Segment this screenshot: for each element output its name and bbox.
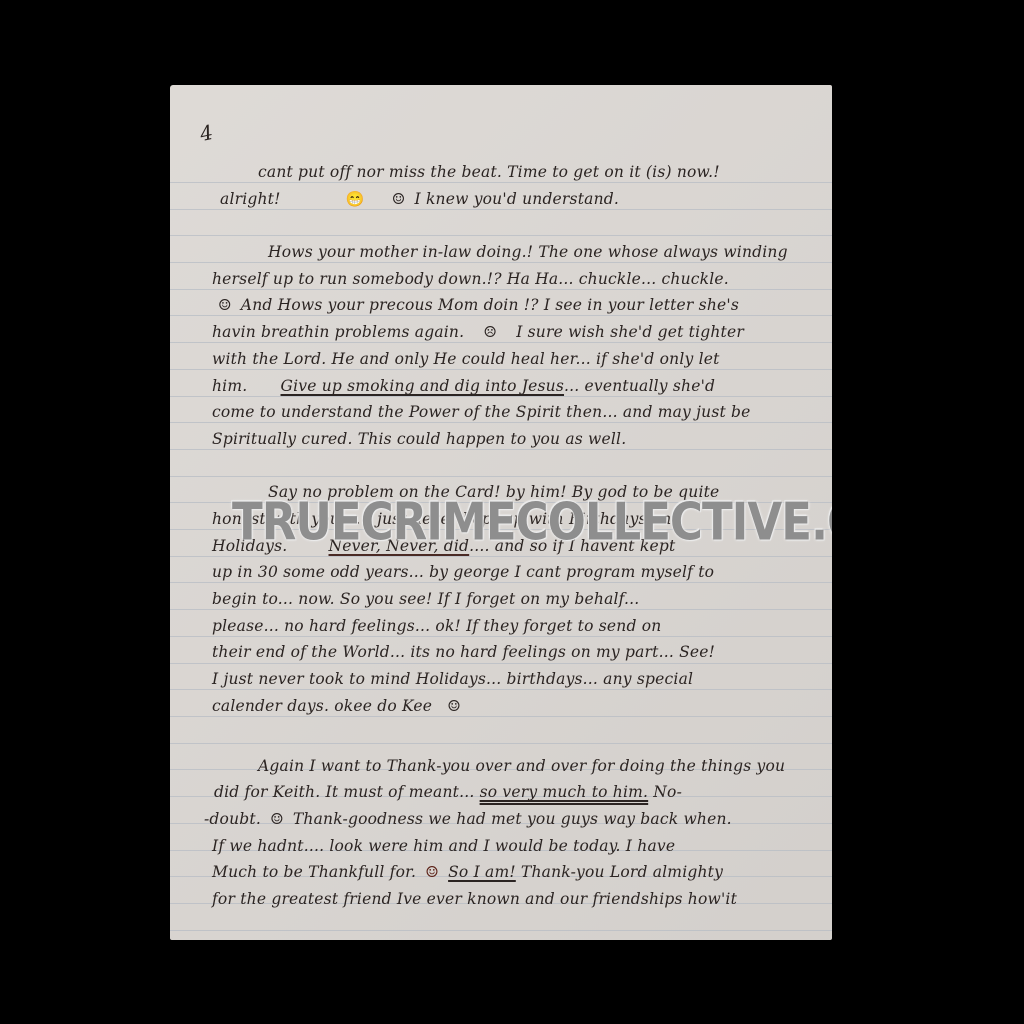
ruled-line: [170, 289, 832, 290]
ruled-line: [170, 396, 832, 397]
ruled-line: [170, 930, 832, 931]
ruled-line: [170, 262, 832, 263]
letter-line: please... no hard feelings... ok! If the…: [212, 617, 661, 635]
ruled-line: [170, 529, 832, 530]
ruled-line: [170, 476, 832, 477]
letter-line: begin to... now. So you see! If I forget…: [212, 590, 639, 608]
letter-line: him. Give up smoking and dig into Jesus.…: [212, 377, 715, 395]
letter-line: Say no problem on the Card! by him! By g…: [268, 483, 719, 501]
ruled-line: [170, 342, 832, 343]
sad-face-icon: ☹: [483, 323, 497, 341]
ruled-line: [170, 582, 832, 583]
letter-line: up in 30 some odd years... by george I c…: [212, 563, 714, 581]
letter-line: Spiritually cured. This could happen to …: [212, 430, 626, 448]
ruled-line: [170, 663, 832, 664]
letter-line: with the Lord. He and only He could heal…: [212, 350, 720, 368]
letter-line: come to understand the Power of the Spir…: [212, 403, 751, 421]
ruled-line: [170, 556, 832, 557]
letter-line: ☺ And Hows your precous Mom doin !? I se…: [214, 296, 739, 314]
letter-line: calender days. okee do Kee ☺: [212, 697, 465, 715]
line-text: calender days. okee do Kee: [212, 697, 432, 715]
ruled-line: [170, 182, 832, 183]
line-text: alright!: [220, 190, 281, 208]
ruled-line: [170, 609, 832, 610]
letter-line: herself up to run somebody down.!? Ha Ha…: [212, 270, 729, 288]
line-text: -doubt.: [204, 810, 261, 828]
letter-line: Hows your mother in-law doing.! The one …: [268, 243, 788, 261]
letter-line: alright! 😁 ☺ I knew you'd understand.: [220, 190, 619, 208]
line-text: Holidays.: [212, 537, 287, 555]
line-text: No-: [648, 783, 682, 801]
letter-line: their end of the World... its no hard fe…: [212, 643, 715, 661]
letter-line: cant put off nor miss the beat. Time to …: [258, 163, 720, 181]
line-text: did for Keith. It must of meant...: [214, 783, 474, 801]
letter-line: for the greatest friend Ive ever known a…: [212, 890, 737, 908]
line-text: I knew you'd understand.: [415, 190, 620, 208]
grinning-face-icon: 😁: [346, 190, 365, 208]
ruled-line: [170, 636, 832, 637]
ruled-line: [170, 209, 832, 210]
letter-page: 4 cant put off nor miss the beat. Time t…: [170, 85, 832, 940]
ruled-line: [170, 502, 832, 503]
line-text: havin breathin problems again.: [212, 323, 464, 341]
ruled-line: [170, 315, 832, 316]
letter-line: honest with you.... I just never kept up…: [212, 510, 682, 528]
line-text: I sure wish she'd get tighter: [516, 323, 744, 341]
ruled-line: [170, 743, 832, 744]
underlined-text: Give up smoking and dig into Jesus: [281, 377, 565, 395]
line-text: And Hows your precous Mom doin !? I see …: [241, 296, 739, 314]
grinning-face-icon: ☺: [425, 863, 439, 881]
line-text: ... eventually she'd: [564, 377, 715, 395]
winking-face-icon: ☺: [392, 190, 406, 208]
ruled-line: [170, 369, 832, 370]
ruled-line: [170, 449, 832, 450]
underlined-text: so very much to him.: [480, 783, 649, 801]
ruled-line: [170, 235, 832, 236]
letter-line: Again I want to Thank-you over and over …: [258, 757, 785, 775]
letter-line: havin breathin problems again. ☹ I sure …: [212, 323, 744, 341]
letter-line: Holidays. Never, Never, did.... and so i…: [212, 537, 675, 555]
ruled-line: [170, 716, 832, 717]
line-text: .... and so if I havent kept: [469, 537, 675, 555]
line-text: him.: [212, 377, 247, 395]
line-text: Thank-you Lord almighty: [516, 863, 723, 881]
smiley-face-icon: ☺: [270, 810, 284, 828]
underlined-text: Never, Never, did: [329, 537, 470, 555]
line-text: Much to be Thankfull for.: [212, 863, 416, 881]
letter-line: -doubt. ☺ Thank-goodness we had met you …: [204, 810, 732, 828]
line-text: Thank-goodness we had met you guys way b…: [293, 810, 732, 828]
ruled-line: [170, 422, 832, 423]
ruled-line: [170, 689, 832, 690]
smiley-face-icon: ☺: [218, 296, 232, 314]
letter-line: Much to be Thankfull for. ☺ So I am! Tha…: [212, 863, 723, 881]
letter-line: I just never took to mind Holidays... bi…: [212, 670, 693, 688]
page-number: 4: [198, 120, 215, 146]
letter-line: If we hadnt.... look were him and I woul…: [212, 837, 675, 855]
underlined-text: So I am!: [448, 863, 516, 881]
smiley-face-icon: ☺: [447, 697, 461, 715]
letter-line: did for Keith. It must of meant... so ve…: [214, 783, 682, 801]
